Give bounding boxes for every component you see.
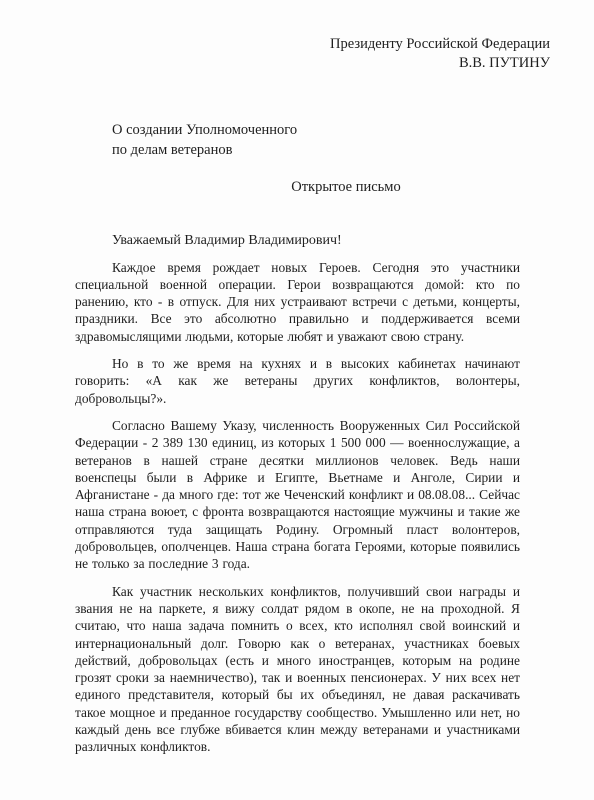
recipient-block: Президенту Российской Федерации В.В. ПУТ… xyxy=(75,35,550,72)
paragraph: Согласно Вашему Указу, численность Воору… xyxy=(75,417,520,573)
recipient-line: В.В. ПУТИНУ xyxy=(75,54,550,73)
paragraph: Как участник нескольких конфликтов, полу… xyxy=(75,583,520,756)
subject-line: О создании Уполномоченного xyxy=(112,120,520,140)
salutation: Уважаемый Владимир Владимирович! xyxy=(75,232,520,249)
paragraph: Но в то же время на кухнях и в высоких к… xyxy=(75,355,520,407)
paragraph: Каждое время рождает новых Героев. Сегод… xyxy=(75,259,520,345)
subject-block: О создании Уполномоченного по делам вете… xyxy=(112,120,520,160)
letter-body: Каждое время рождает новых Героев. Сегод… xyxy=(75,259,520,756)
document-page: Президенту Российской Федерации В.В. ПУТ… xyxy=(0,0,594,800)
subject-line: по делам ветеранов xyxy=(112,140,520,160)
document-type-title: Открытое письмо xyxy=(75,179,520,196)
recipient-line: Президенту Российской Федерации xyxy=(75,35,550,54)
